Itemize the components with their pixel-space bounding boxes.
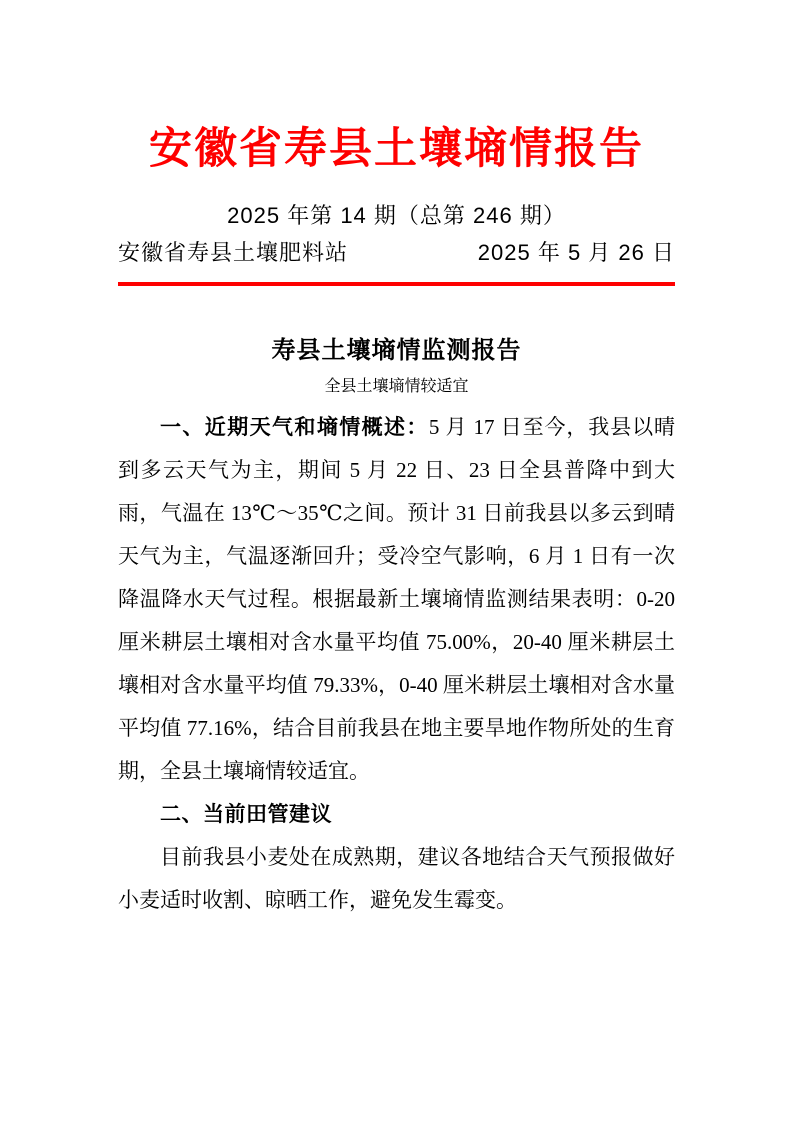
section1-body: 5 月 17 日至今，我县以晴到多云天气为主，期间 5 月 22 日、23 日全… <box>118 415 675 783</box>
issue-date: 2025 年 5 月 26 日 <box>478 239 675 267</box>
report-heading: 寿县土壤墒情监测报告 <box>118 336 675 366</box>
document-title: 安徽省寿县土壤墒情报告 <box>118 122 675 176</box>
issuing-organization: 安徽省寿县土壤肥料站 <box>118 239 348 267</box>
document-page: 安徽省寿县土壤墒情报告 2025 年第 14 期（总第 246 期） 安徽省寿县… <box>0 0 793 1122</box>
section1-title: 一、近期天气和墒情概述： <box>160 416 429 439</box>
paragraph-weather-overview: 一、近期天气和墒情概述：5 月 17 日至今，我县以晴到多云天气为主，期间 5 … <box>118 406 675 793</box>
org-date-line: 安徽省寿县土壤肥料站 2025 年 5 月 26 日 <box>118 239 675 267</box>
issue-number-line: 2025 年第 14 期（总第 246 期） <box>118 202 675 230</box>
section2-title: 二、当前田管建议 <box>118 793 675 836</box>
red-divider-rule <box>118 282 675 286</box>
report-subheading: 全县土壤墒情较适宜 <box>118 377 675 397</box>
paragraph-field-advice: 目前我县小麦处在成熟期，建议各地结合天气预报做好小麦适时收割、晾晒工作，避免发生… <box>118 836 675 922</box>
